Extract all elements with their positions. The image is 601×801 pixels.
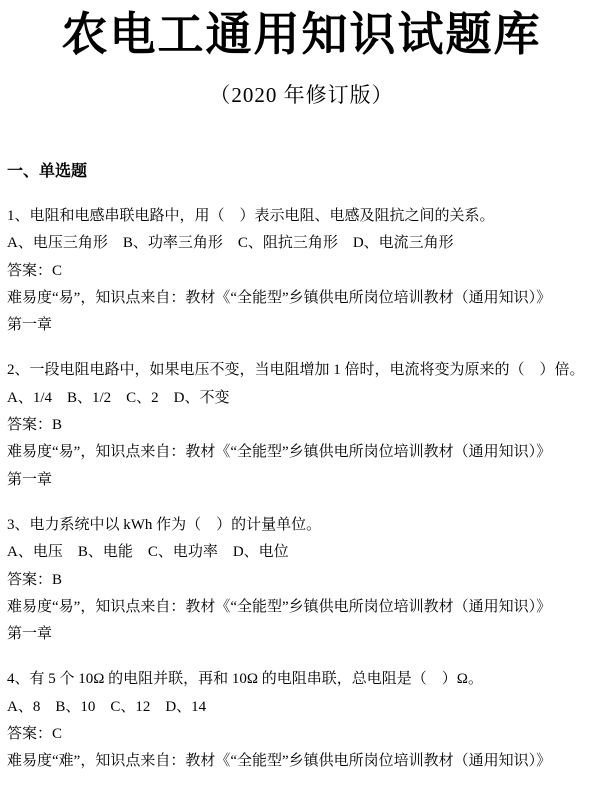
question-text: 4、有 5 个 10Ω 的电阻并联，再和 10Ω 的电阻串联，总电阻是（ ）Ω。	[7, 666, 596, 693]
question-difficulty-source: 难易度“易”，知识点来自：教材《“全能型”乡镇供电所岗位培训教材（通用知识）》	[7, 594, 596, 621]
question-block-1: 1、电阻和电感串联电路中，用（ ）表示电阻、电感及阻抗之间的关系。 A、电压三角…	[7, 203, 596, 339]
section-heading: 一、单选题	[7, 158, 596, 185]
question-options: A、电压三角形 B、功率三角形 C、阻抗三角形 D、电流三角形	[7, 230, 596, 257]
question-options: A、1/4 B、1/2 C、2 D、不变	[7, 385, 596, 412]
document-page: 农电工通用知识试题库 （2020 年修订版） 一、单选题 1、电阻和电感串联电路…	[0, 0, 601, 776]
question-block-2: 2、一段电阻电路中，如果电压不变，当电阻增加 1 倍时，电流将变为原来的（ ）倍…	[7, 357, 596, 493]
question-chapter: 第一章	[7, 467, 596, 494]
question-difficulty-source: 难易度“易”，知识点来自：教材《“全能型”乡镇供电所岗位培训教材（通用知识）》	[7, 285, 596, 312]
question-block-4: 4、有 5 个 10Ω 的电阻并联，再和 10Ω 的电阻串联，总电阻是（ ）Ω。…	[7, 666, 596, 775]
question-answer: 答案：B	[7, 567, 596, 594]
question-answer: 答案：C	[7, 258, 596, 285]
question-chapter: 第一章	[7, 621, 596, 648]
question-options: A、电压 B、电能 C、电功率 D、电位	[7, 539, 596, 566]
document-title: 农电工通用知识试题库	[7, 6, 596, 62]
question-text: 3、电力系统中以 kWh 作为（ ）的计量单位。	[7, 512, 596, 539]
question-difficulty-source: 难易度“易”，知识点来自：教材《“全能型”乡镇供电所岗位培训教材（通用知识）》	[7, 439, 596, 466]
question-difficulty-source: 难易度“难”，知识点来自：教材《“全能型”乡镇供电所岗位培训教材（通用知识）》	[7, 748, 596, 775]
question-options: A、8 B、10 C、12 D、14	[7, 694, 596, 721]
question-answer: 答案：C	[7, 721, 596, 748]
document-subtitle: （2020 年修订版）	[7, 82, 596, 109]
question-chapter: 第一章	[7, 312, 596, 339]
question-block-3: 3、电力系统中以 kWh 作为（ ）的计量单位。 A、电压 B、电能 C、电功率…	[7, 512, 596, 648]
question-text: 1、电阻和电感串联电路中，用（ ）表示电阻、电感及阻抗之间的关系。	[7, 203, 596, 230]
question-answer: 答案：B	[7, 412, 596, 439]
question-text: 2、一段电阻电路中，如果电压不变，当电阻增加 1 倍时，电流将变为原来的（ ）倍…	[7, 357, 596, 384]
